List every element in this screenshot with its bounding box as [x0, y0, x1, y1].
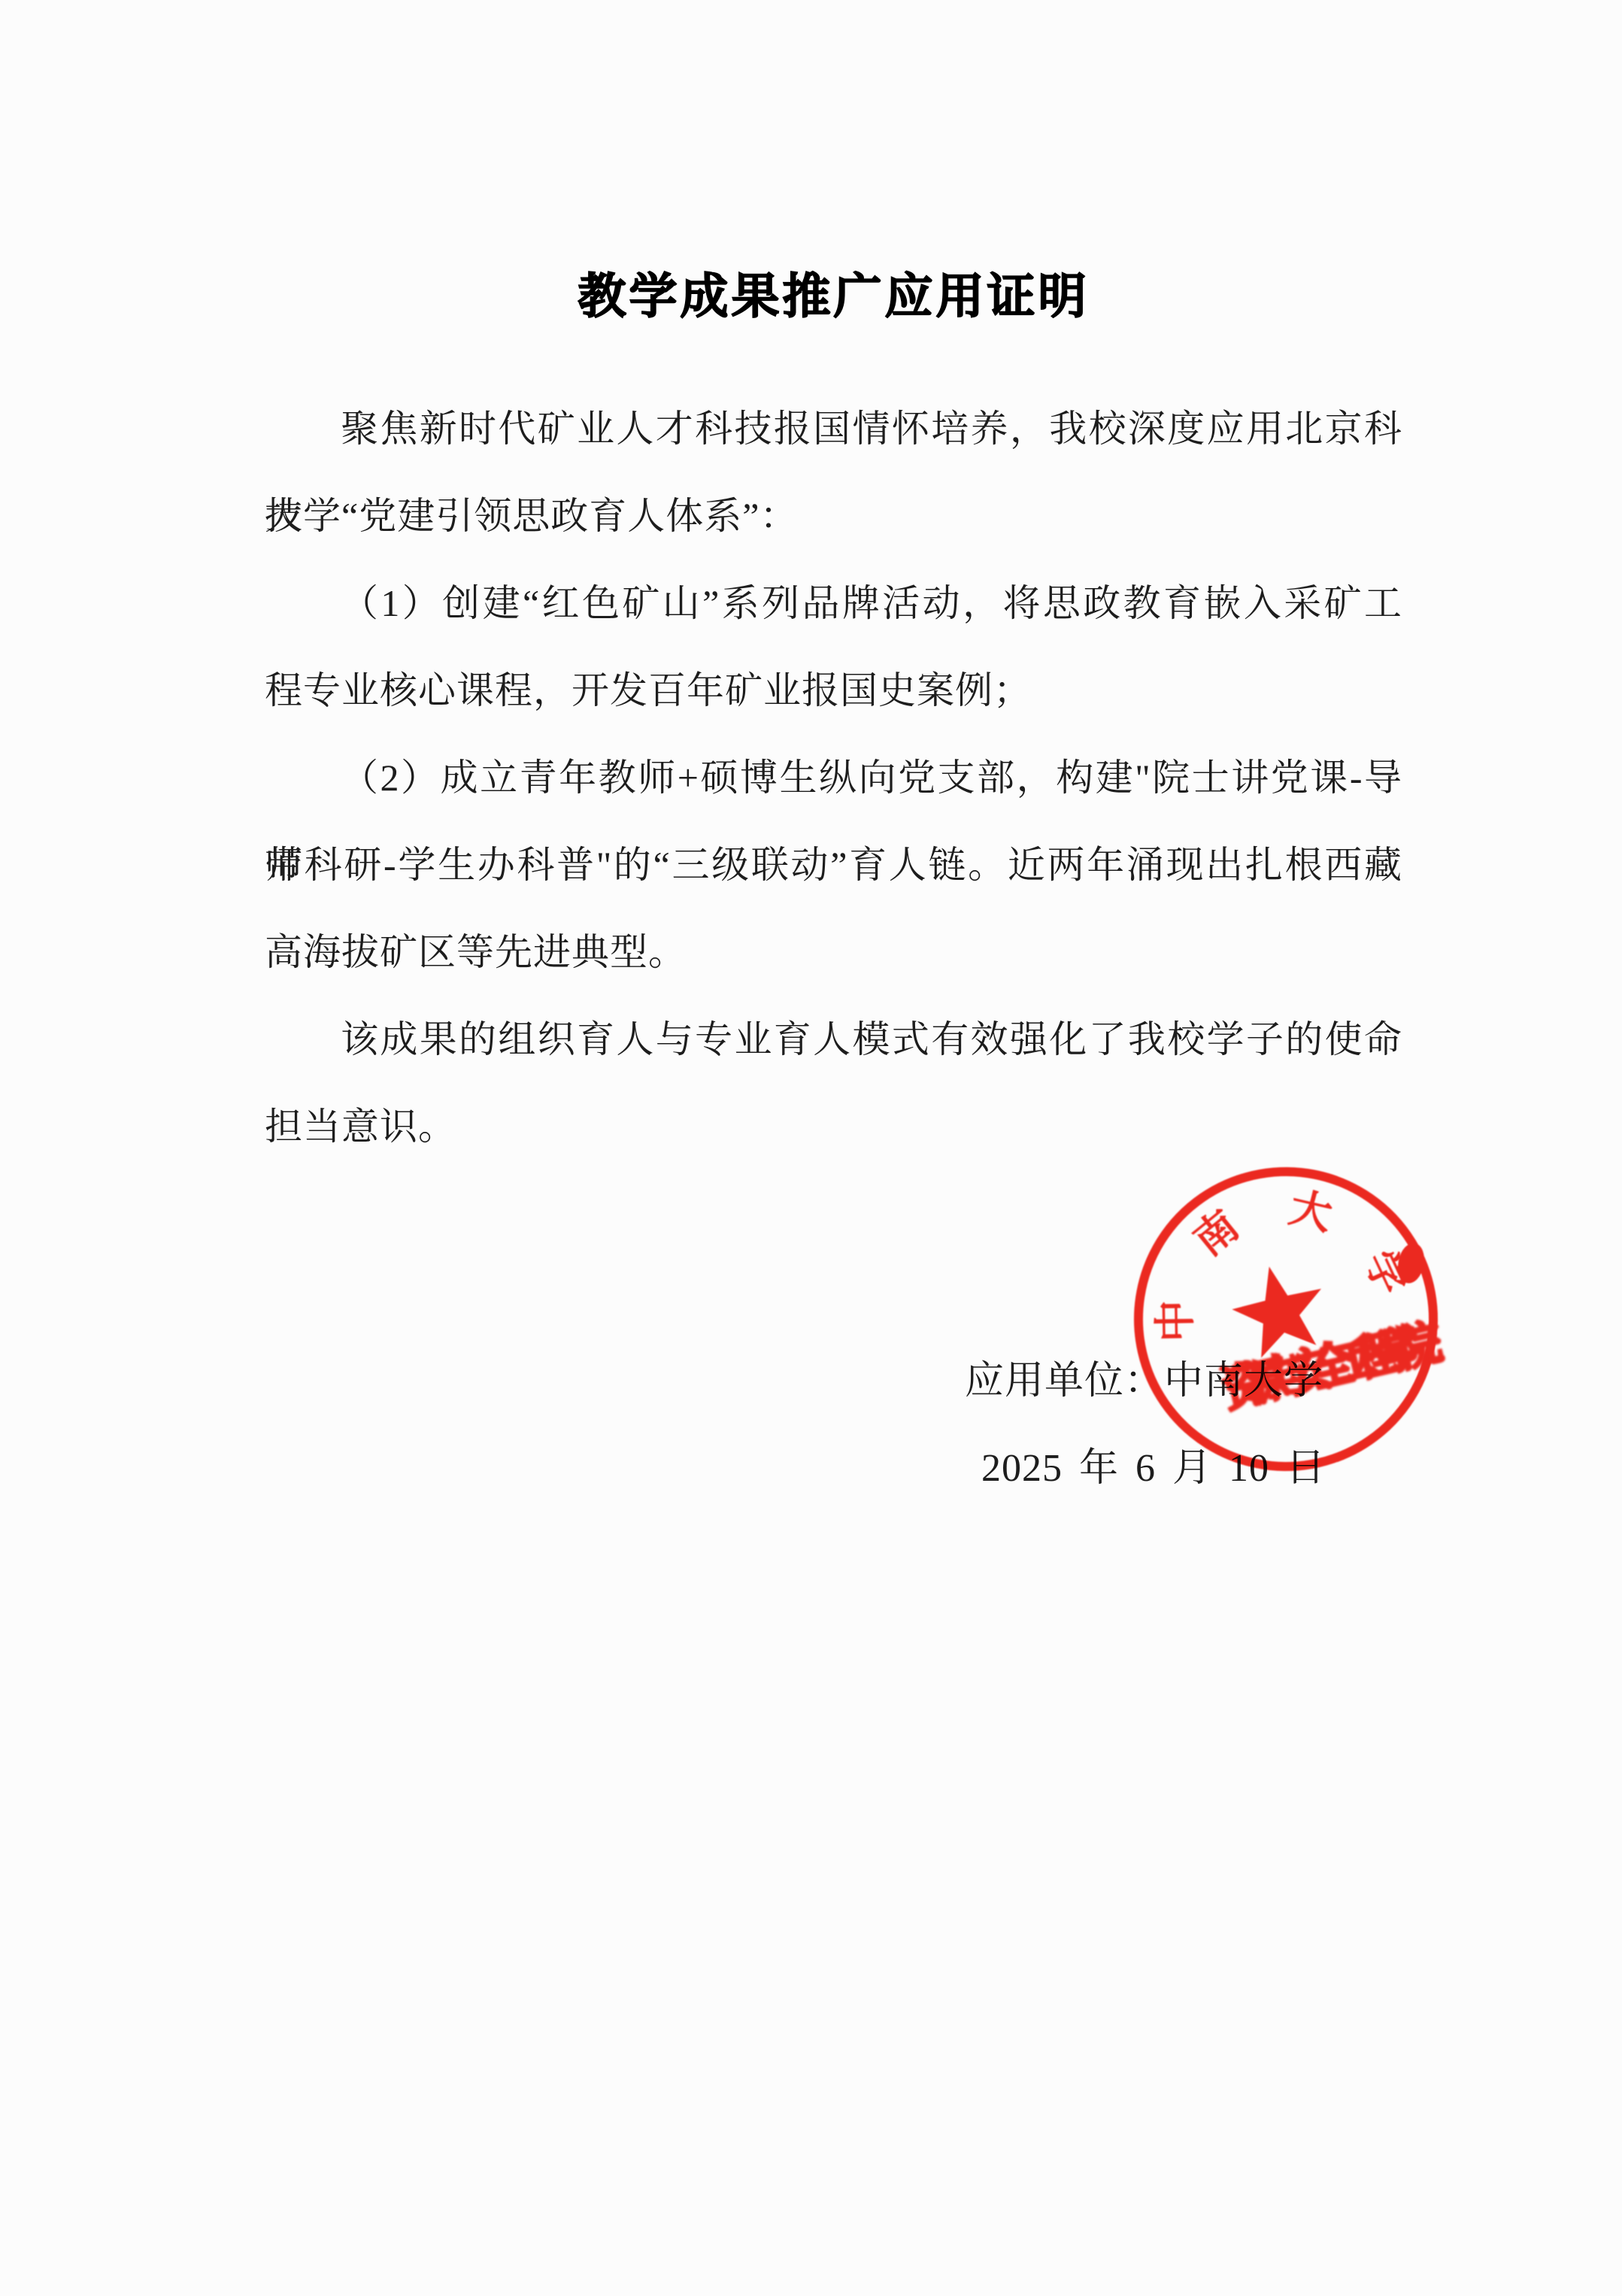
body-line-1: 聚焦新时代矿业人才科技报国情怀培养，我校深度应用北京科技 — [265, 385, 1402, 472]
body-line-3: （1）创建“红色矿山”系列品牌活动，将思政教育嵌入采矿工 — [265, 560, 1402, 647]
body-line-7: 高海拔矿区等先进典型。 — [265, 908, 1402, 996]
body-line-9: 担当意识。 — [265, 1083, 1402, 1170]
certificate-body: 聚焦新时代矿业人才科技报国情怀培养，我校深度应用北京科技 大学“党建引领思政育人… — [265, 385, 1402, 1170]
seal-arc-char-1: 中 — [1151, 1297, 1200, 1345]
document-title: 教学成果推广应用证明 — [265, 268, 1402, 326]
body-line-2: 大学“党建引领思政育人体系”： — [265, 472, 1402, 560]
certificate-page: 教学成果推广应用证明 聚焦新时代矿业人才科技报国情怀培养，我校深度应用北京科技 … — [0, 0, 1622, 2296]
body-line-6: 带科研-学生办科普"的“三级联动”育人链。近两年涌现出扎根西藏 — [265, 821, 1402, 908]
body-line-8: 该成果的组织育人与专业育人模式有效强化了我校学子的使命 — [265, 996, 1402, 1083]
body-line-4: 程专业核心课程，开发百年矿业报国史案例； — [265, 647, 1402, 734]
body-line-5: （2）成立青年教师+硕博生纵向党支部，构建"院士讲党课-导师 — [265, 734, 1402, 821]
